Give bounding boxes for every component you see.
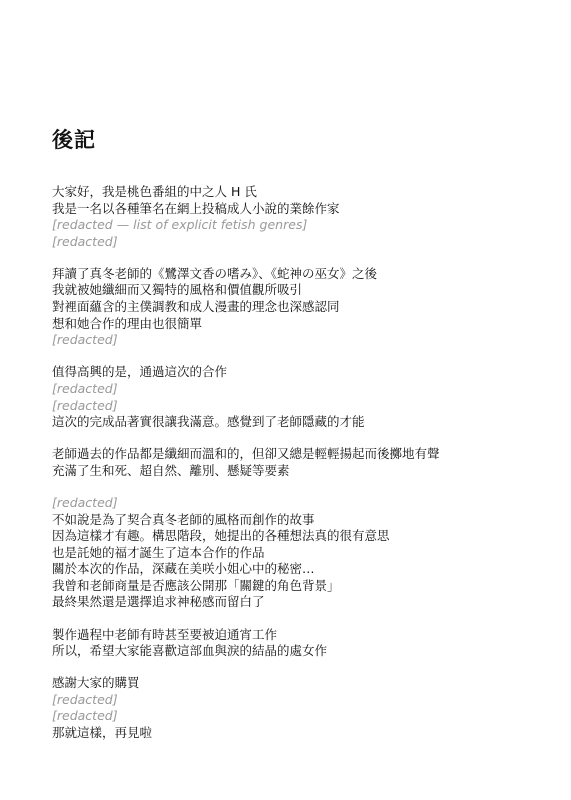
text-line: 對裡面蘊含的主僕調教和成人漫畫的理念也深感認同 xyxy=(52,299,532,316)
text-line: 感謝大家的購買 xyxy=(52,675,532,692)
text-line: 那就這樣，再見啦 xyxy=(52,725,532,742)
paragraph-6: 製作過程中老師有時甚至要被迫通宵工作 所以，希望大家能喜歡這部血與淚的結晶的處女… xyxy=(52,627,532,660)
redacted-line: [redacted] xyxy=(52,692,532,709)
text-line: 因為這樣才有趣。構思階段，她提出的各種想法真的很有意思 xyxy=(52,528,532,545)
paragraph-3: 值得高興的是，通過這次的合作 [redacted] [redacted] 這次的… xyxy=(52,364,532,430)
redacted-line: [redacted] xyxy=(52,234,532,251)
redacted-line: [redacted] xyxy=(52,708,532,725)
paragraph-7: 感謝大家的購買 [redacted] [redacted] 那就這樣，再見啦 xyxy=(52,675,532,741)
text-line: 我曾和老師商量是否應該公開那「關鍵的角色背景」 xyxy=(52,578,532,595)
text-line: 製作過程中老師有時甚至要被迫通宵工作 xyxy=(52,627,532,644)
text-line: 老師過去的作品都是纖細而溫和的，但卻又總是輕輕揚起而後擲地有聲 xyxy=(52,446,532,463)
paragraph-2: 拜讀了真冬老師的《鷺澤文香の嗜み》、《蛇神の巫女》之後 我就被她纖細而又獨特的風… xyxy=(52,266,532,349)
paragraph-5: [redacted] 不如說是為了契合真冬老師的風格而創作的故事 因為這樣才有趣… xyxy=(52,495,532,611)
redacted-line: [redacted] xyxy=(52,398,532,415)
text-line: 這次的完成品著實很讓我滿意。感覺到了老師隱藏的才能 xyxy=(52,414,532,431)
text-line: 我就被她纖細而又獨特的風格和價值觀所吸引 xyxy=(52,282,532,299)
text-line: 想和她合作的理由也很簡單 xyxy=(52,316,532,333)
text-line: 最終果然還是選擇追求神秘感而留白了 xyxy=(52,594,532,611)
paragraph-4: 老師過去的作品都是纖細而溫和的，但卻又總是輕輕揚起而後擲地有聲 充滿了生和死、超… xyxy=(52,446,532,479)
page-title: 後記 xyxy=(52,130,96,151)
text-line: 關於本次的作品，深藏在美咲小姐心中的秘密… xyxy=(52,561,532,578)
text-line: 拜讀了真冬老師的《鷺澤文香の嗜み》、《蛇神の巫女》之後 xyxy=(52,266,532,283)
text-line: 大家好，我是桃色番組的中之人 H 氏 xyxy=(52,184,532,201)
text-line: 充滿了生和死、超自然、離別、懸疑等要素 xyxy=(52,463,532,480)
document-page: 後記 大家好，我是桃色番組的中之人 H 氏 我是一名以各種筆名在網上投稿成人小說… xyxy=(0,0,571,800)
afterword-body: 大家好，我是桃色番組的中之人 H 氏 我是一名以各種筆名在網上投稿成人小說的業餘… xyxy=(52,184,532,757)
redacted-line: [redacted] xyxy=(52,381,532,398)
paragraph-1: 大家好，我是桃色番組的中之人 H 氏 我是一名以各種筆名在網上投稿成人小說的業餘… xyxy=(52,184,532,250)
text-line: 我是一名以各種筆名在網上投稿成人小說的業餘作家 xyxy=(52,201,532,218)
redacted-line: [redacted] xyxy=(52,495,532,512)
text-line: 也是託她的福才誕生了這本合作的作品 xyxy=(52,545,532,562)
text-line: 所以，希望大家能喜歡這部血與淚的結晶的處女作 xyxy=(52,643,532,660)
text-line: 值得高興的是，通過這次的合作 xyxy=(52,364,532,381)
redacted-line: [redacted — list of explicit fetish genr… xyxy=(52,217,532,234)
redacted-line: [redacted] xyxy=(52,332,532,349)
text-line: 不如說是為了契合真冬老師的風格而創作的故事 xyxy=(52,512,532,529)
